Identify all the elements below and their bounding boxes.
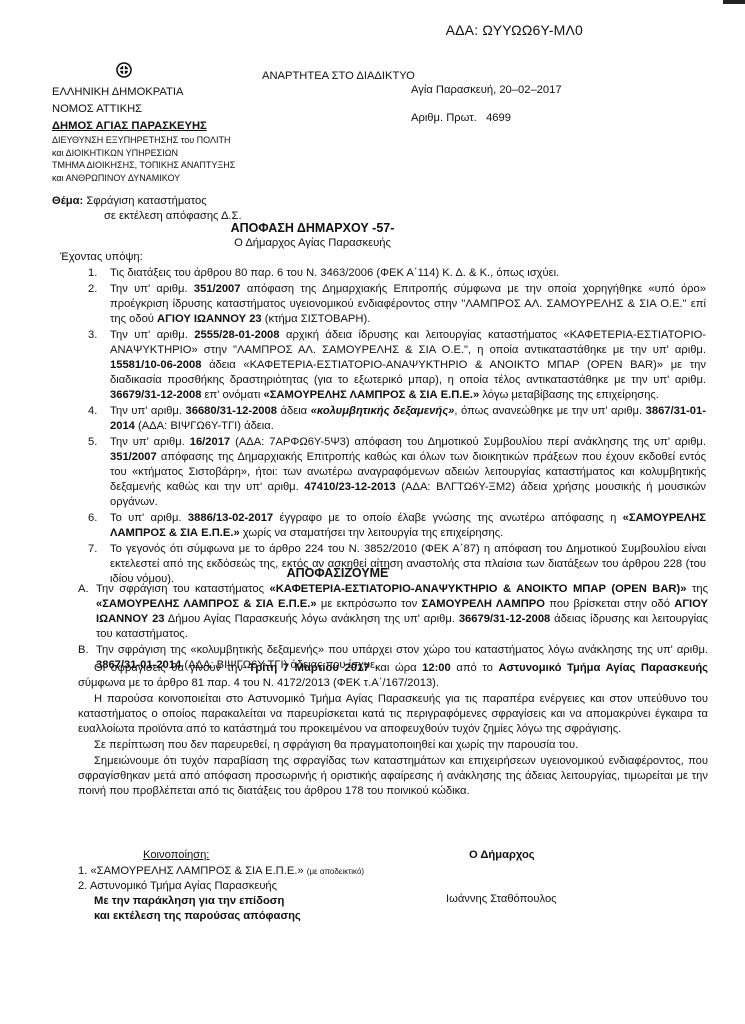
decide-heading-text: ΑΠΟΦΑΣΙΖΟΥΜΕ	[287, 566, 389, 580]
consideration-item: 4.Την υπ' αριθμ. 36680/31-12-2008 άδεια …	[88, 404, 706, 434]
protocol-value: 4699	[486, 112, 511, 124]
consideration-item: 1.Τις διατάξεις του άρθρου 80 παρ. 6 του…	[88, 266, 706, 281]
consideration-item: 2.Την υπ' αριθμ. 351/2007 απόφαση της Δη…	[88, 282, 706, 327]
considering-label: Έχοντας υπόψη:	[60, 251, 143, 263]
notification-label: Κοινοποίηση:	[143, 849, 209, 861]
list-number: 3.	[88, 328, 97, 343]
notification-request: Με την παράκληση για την επίδοση και εκτ…	[94, 894, 301, 924]
scan-edge-mark	[723, 0, 745, 4]
consideration-item: 3.Την υπ' αριθμ. 2555/28-01-2008 αρχική …	[88, 328, 706, 403]
header-prefecture: ΝΟΜΟΣ ΑΤΤΙΚΗΣ	[52, 101, 207, 118]
issuer-header: ΕΛΛΗΝΙΚΗ ΔΗΜΟΚΡΑΤΙΑ ΝΟΜΟΣ ΑΤΤΙΚΗΣ ΔΗΜΟΣ …	[52, 84, 207, 135]
decision-subtitle-text: Ο Δήμαρχος Αγίας Παρασκευής	[234, 237, 391, 249]
list-number: 1.	[88, 266, 97, 281]
service-department: ΔΙΕΥΘΥΝΣΗ ΕΞΥΠΗΡΕΤΗΣΗΣ του ΠΟΛΙΤΗ και ΔΙ…	[52, 134, 235, 184]
notification-item-text: 1. «ΣΑΜΟΥΡΕΛΗΣ ΛΑΜΠΡΟΣ & ΣΙΑ Ε.Π.Ε.»	[78, 865, 304, 877]
decision-title: ΑΠΟΦΑΣΗ ΔΗΜΑΡΧΟΥ -57-	[0, 221, 745, 235]
protocol-label: Αριθμ. Πρωτ.	[411, 112, 477, 124]
list-number: 2.	[88, 282, 97, 297]
post-online-label: ΑΝΑΡΤΗΤΕΑ ΣΤΟ ΔΙΑΔΙΚΤΥΟ	[262, 70, 415, 82]
service-line: ΔΙΕΥΘΥΝΣΗ ΕΞΥΠΗΡΕΤΗΣΗΣ του ΠΟΛΙΤΗ	[52, 134, 235, 147]
header-municipality: ΔΗΜΟΣ ΑΓΙΑΣ ΠΑΡΑΣΚΕΥΗΣ	[52, 118, 207, 135]
notification-request-line: και εκτέλεση της παρούσας απόφασης	[94, 909, 301, 924]
body-paragraph: Οι σφραγίσεις θα γίνουν την Τρίτη 7 Μαρτ…	[78, 661, 708, 691]
consideration-item: 6.Το υπ' αριθμ. 3886/13-02-2017 έγγραφο …	[88, 511, 706, 541]
decision-title-text: ΑΠΟΦΑΣΗ ΔΗΜΑΡΧΟΥ -57-	[231, 221, 395, 235]
subject-text: Σφράγιση καταστήματος	[86, 195, 206, 207]
list-number: 7.	[88, 542, 97, 557]
notification-item: 2. Αστυνομικό Τμήμα Αγίας Παρασκευής	[78, 879, 364, 894]
list-number: Β.	[78, 643, 89, 658]
subject: Θέμα: Σφράγιση καταστήματος σε εκτέλεση …	[52, 194, 242, 224]
consideration-item: 7.Το γεγονός ότι σύμφωνα με το άρθρο 224…	[88, 542, 706, 587]
greek-emblem-icon	[116, 62, 132, 78]
mayor-name: Ιωάννης Σταθόπουλος	[446, 893, 557, 905]
list-number: Α.	[78, 582, 89, 597]
list-number: 4.	[88, 404, 97, 419]
notification-item: 1. «ΣΑΜΟΥΡΕΛΗΣ ΛΑΜΠΡΟΣ & ΣΙΑ Ε.Π.Ε.» (με…	[78, 864, 364, 879]
decision-subtitle: Ο Δήμαρχος Αγίας Παρασκευής	[0, 237, 745, 249]
protocol-number: Αριθμ. Πρωτ. 4699	[411, 112, 511, 124]
mayor-title: Ο Δήμαρχος	[469, 849, 535, 861]
list-number: 6.	[88, 511, 97, 526]
notification-item-note: (με αποδεικτικό)	[307, 867, 364, 876]
document-date: Αγία Παρασκευή, 20–02–2017	[411, 84, 562, 96]
ada-code: ΑΔΑ: ΩΥΥΩΩ6Υ-ΜΛ0	[446, 22, 583, 38]
decide-heading: ΑΠΟΦΑΣΙΖΟΥΜΕ	[0, 566, 745, 580]
notification-list: 1. «ΣΑΜΟΥΡΕΛΗΣ ΛΑΜΠΡΟΣ & ΣΙΑ Ε.Π.Ε.» (με…	[78, 864, 364, 894]
consideration-item: 5.Την υπ' αριθμ. 16/2017 (ΑΔΑ: 7ΑΡΦΩ6Υ-5…	[88, 435, 706, 510]
notification-request-line: Με την παράκληση για την επίδοση	[94, 894, 301, 909]
body-paragraph: Σημειώνουμε ότι τυχόν παραβίαση της σφρα…	[78, 754, 708, 799]
considerations-list: 1.Τις διατάξεις του άρθρου 80 παρ. 6 του…	[88, 266, 706, 588]
service-line: και ΑΝΘΡΩΠΙΝΟΥ ΔΥΝΑΜΙΚΟΥ	[52, 172, 235, 185]
decision-item: Α.Την σφράγιση του καταστήματος «ΚΑΦΕΤΕΡ…	[78, 582, 708, 642]
subject-label: Θέμα:	[52, 195, 83, 207]
list-number: 5.	[88, 435, 97, 450]
body-paragraph: Η παρούσα κοινοποιείται στο Αστυνομικό Τ…	[78, 692, 708, 737]
body-paragraph: Σε περίπτωση που δεν παρευρεθεί, η σφράγ…	[78, 738, 708, 753]
header-republic: ΕΛΛΗΝΙΚΗ ΔΗΜΟΚΡΑΤΙΑ	[52, 84, 207, 101]
body-paragraphs: Οι σφραγίσεις θα γίνουν την Τρίτη 7 Μαρτ…	[78, 661, 708, 800]
service-line: και ΔΙΟΙΚΗΤΙΚΩΝ ΥΠΗΡΕΣΙΩΝ	[52, 147, 235, 160]
service-line: ΤΜΗΜΑ ΔΙΟΙΚΗΣΗΣ, ΤΟΠΙΚΗΣ ΑΝΑΠΤΥΞΗΣ	[52, 159, 235, 172]
